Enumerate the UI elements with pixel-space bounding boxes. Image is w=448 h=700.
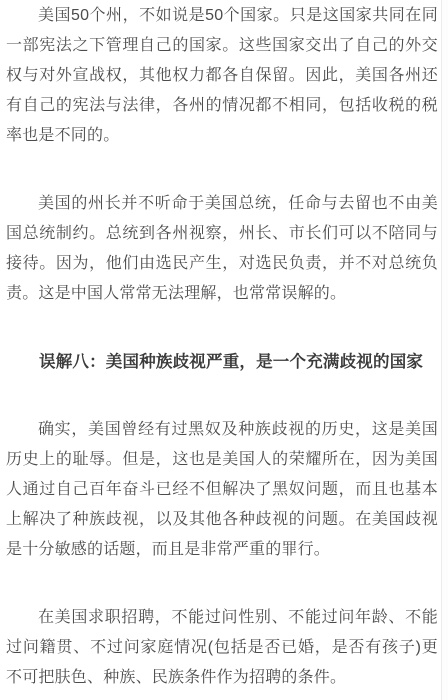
paragraph: 在美国求职招聘，不能过问性别、不能过问年龄、不能过问籍贯、不过问家庭情况(包括是… xyxy=(6,603,438,693)
article-content: 美国50个州，不如说是50个国家。只是这国家共同在同一部宪法之下管理自己的国家。… xyxy=(0,0,448,693)
paragraph: 美国的州长并不听命于美国总统，任命与去留也不由美国总统制约。总统到各州视察，州长… xyxy=(6,189,438,309)
paragraph: 美国50个州，不如说是50个国家。只是这国家共同在同一部宪法之下管理自己的国家。… xyxy=(6,1,438,151)
scrollbar-track[interactable] xyxy=(441,0,448,700)
section-heading: 误解八：美国种族歧视严重，是一个充满歧视的国家 xyxy=(6,347,438,377)
paragraph: 确实，美国曾经有过黑奴及种族歧视的历史，这是美国历史上的耻辱。但是，这也是美国人… xyxy=(6,415,438,565)
article-page: 美国50个州，不如说是50个国家。只是这国家共同在同一部宪法之下管理自己的国家。… xyxy=(0,0,448,700)
